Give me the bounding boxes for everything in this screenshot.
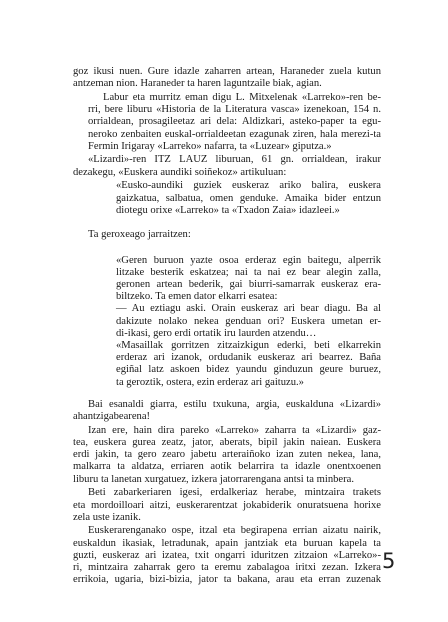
text-line: biltzeko. Ta emen dator elkarri esatea: [116, 291, 381, 303]
text-line: Labur eta murritz eman digu L. Mitxelena… [73, 92, 381, 104]
text-line: ta geroztik, ostera, ezin erderaz ari ga… [116, 377, 381, 389]
book-page-text: goz ikusi nuen. Gure idazle zaharren art… [73, 66, 381, 588]
paragraph-4: Bai esanaldi giarra, estilu txukuna, arg… [73, 399, 381, 423]
text-line: Izan ere, hain dira pareko «Larreko» zah… [73, 425, 381, 437]
text-line: Bai esanaldi giarra, estilu txukuna, arg… [73, 399, 381, 411]
text-line: litzake besterik eskatzea; nai ta nai ez… [116, 267, 381, 279]
text-line: «Lizardi»-ren ITZ LAUZ liburuan, 61 gn. … [73, 154, 381, 166]
text-line: neroko zenbaiten euskal-orrialdeetan eza… [73, 129, 381, 141]
paragraph-6: Beti zabarkeriaren igesi, erdalkeriaz he… [73, 487, 381, 524]
text-line: guzti, euskeraz ari izatea, txit ongarri… [73, 550, 381, 562]
text-line: diotegu orixe «Larreko» ta «Txadon Zaia»… [116, 205, 381, 217]
text-line: goz ikusi nuen. Gure idazle zaharren art… [73, 66, 381, 78]
block-quote-2: «Geren buruon yazte osoa erderaz egin ba… [116, 255, 381, 389]
text-line: Fermin Irigaray «Larreko» nafarra, ta «L… [73, 141, 381, 153]
text-line: errikoia, ugaria, bizi-bizia, jator ta b… [73, 574, 381, 586]
text-line: dezakegu, «Euskera aundiki soiñekoz» art… [73, 167, 381, 179]
text-line: Beti zabarkeriaren igesi, erdalkeriaz he… [73, 487, 381, 499]
text-line: gaizkatua, salbatua, omen genduke. Amaik… [116, 193, 381, 205]
text-line: erderaz ari izanok, ordudanik euskeraz a… [116, 352, 381, 364]
text-line: zela uste izanik. [73, 512, 381, 524]
text-line: eta mordoilloari aitzi, euskerarentzat j… [73, 500, 381, 512]
text-line: tea, euskera gurea zeatz, jator, aberats… [73, 437, 381, 449]
text-line: malkarra ta aldatza, erriaren aotik bela… [73, 461, 381, 473]
text-line: «Masaillak gorritzen zitzaizkigun ederki… [116, 340, 381, 352]
text-line: di-ikasi, gero erdi ortatik iru laurden … [116, 328, 381, 340]
paragraph-5: Izan ere, hain dira pareko «Larreko» zah… [73, 425, 381, 486]
text-line: Euskerarenganako ospe, itzal eta begirap… [73, 525, 381, 537]
transition-line: Ta geroxeago jarraitzen: [73, 229, 381, 241]
text-line: — Au eztiagu aski. Orain euskeraz ari be… [116, 303, 381, 315]
paragraph-2: Labur eta murritz eman digu L. Mitxelena… [73, 92, 381, 153]
text-line: «Geren buruon yazte osoa erderaz egin ba… [116, 255, 381, 267]
paragraph-7: Euskerarenganako ospe, itzal eta begirap… [73, 525, 381, 586]
text-line: dakizute nolako nekea genduan ori? Euske… [116, 316, 381, 328]
text-line: Ta geroxeago jarraitzen: [73, 229, 381, 241]
text-line: geronen artean bederik, gai biurri-samar… [116, 279, 381, 291]
text-line: antzeman nion. Haraneder ta haren lagunt… [73, 78, 381, 90]
text-line: euskaldun ikasiak, letradunak, apain jan… [73, 538, 381, 550]
text-line: orrialdean, prosagileetaz ari dela: Aldi… [73, 116, 381, 128]
page-number: 5 [382, 549, 395, 573]
text-line: liburu ta lanetan xurgatuez, izkera jato… [73, 474, 381, 486]
paragraph-3: «Lizardi»-ren ITZ LAUZ liburuan, 61 gn. … [73, 154, 381, 178]
text-line: erdi jakin, ta gero zearo jabetu arterai… [73, 449, 381, 461]
block-quote-1: «Eusko-aundiki guziek euskeraz ariko bal… [116, 180, 381, 217]
text-line: rri, bere liburu «Historia de la Literat… [73, 104, 381, 116]
text-line: «Eusko-aundiki guziek euskeraz ariko bal… [116, 180, 381, 192]
text-line: ri, mintzaira zaharrak gero ta eremu zab… [73, 562, 381, 574]
text-line: ahantzigabearena! [73, 411, 381, 423]
paragraph-1: goz ikusi nuen. Gure idazle zaharren art… [73, 66, 381, 90]
text-line: egiñal latz askoen bidez yaundu ginduzun… [116, 364, 381, 376]
